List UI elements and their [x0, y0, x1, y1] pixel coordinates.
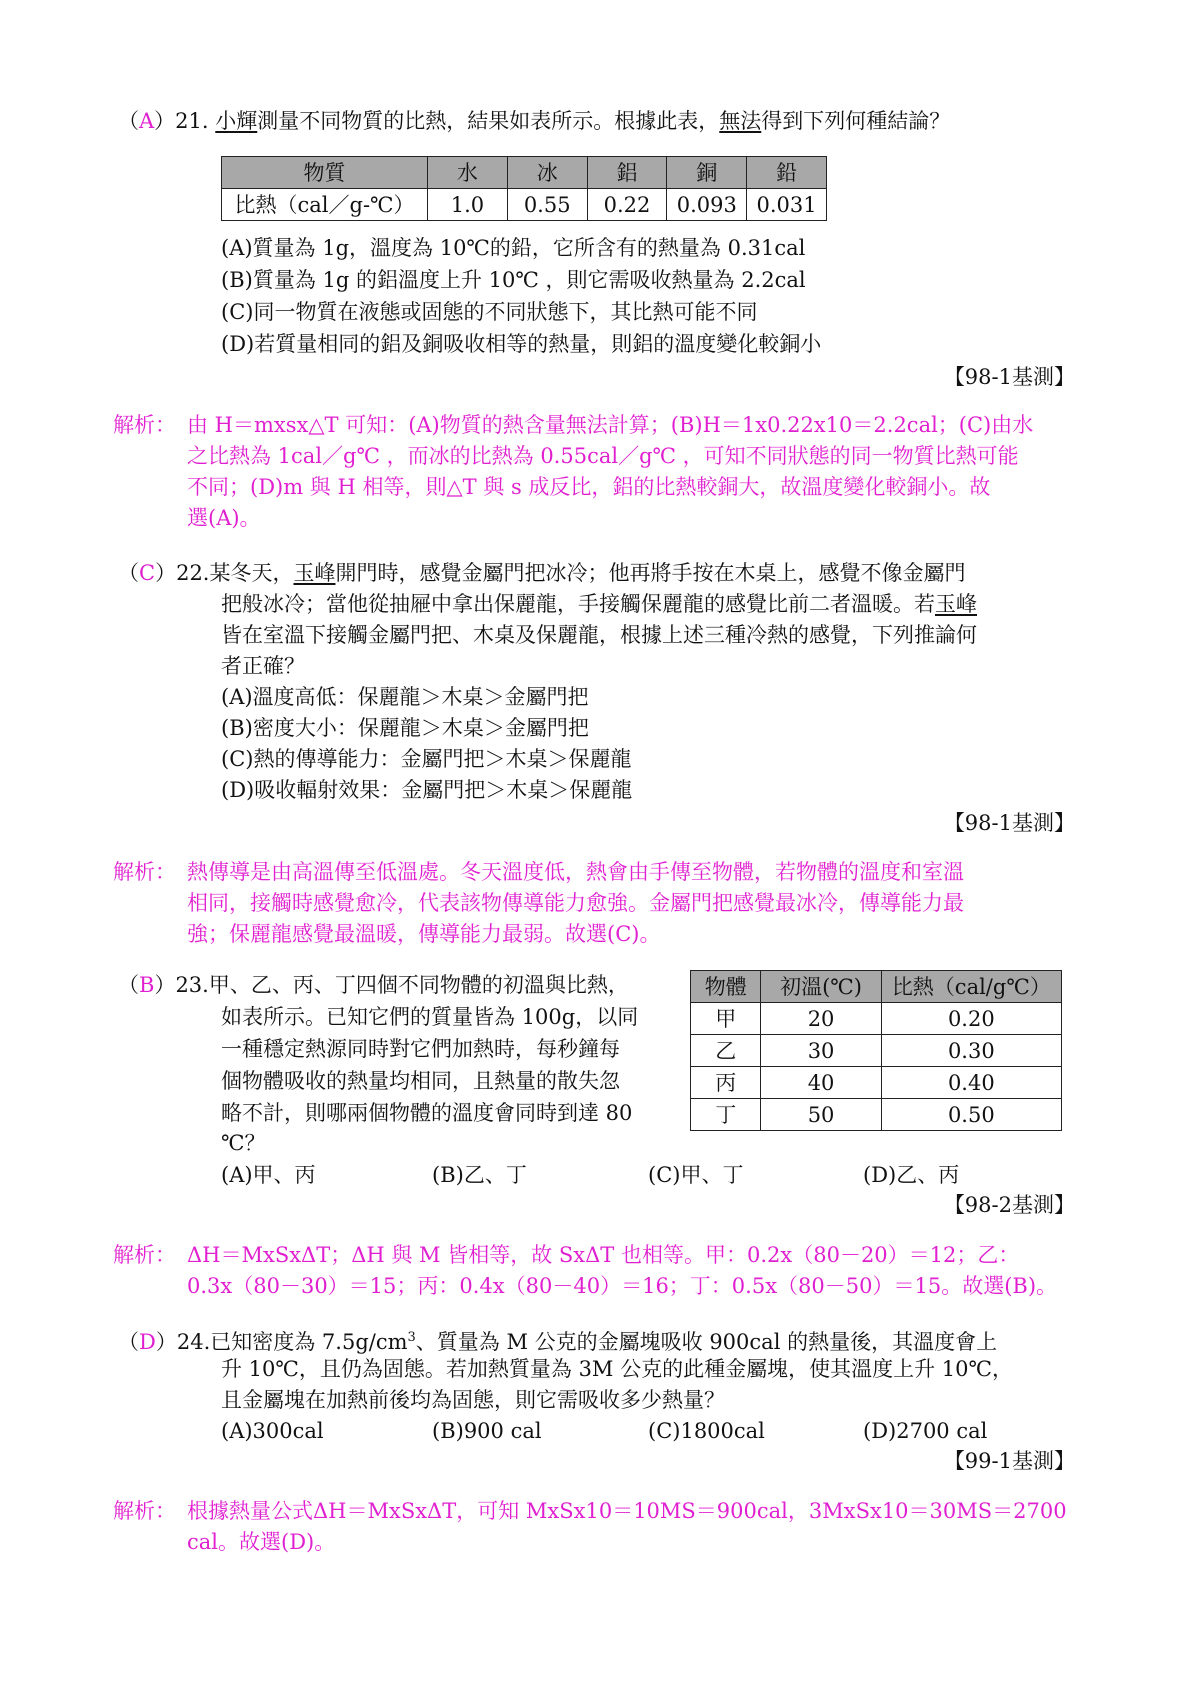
- objects-table: 物體 初溫(℃) 比熱（cal/g℃） 甲 20 0.20 乙 30 0.30 …: [690, 970, 1062, 1131]
- table-row: 丁 50 0.50: [691, 1099, 1062, 1131]
- table-cell: 丙: [691, 1067, 761, 1099]
- table-cell: 甲: [691, 1003, 761, 1035]
- analysis-line: 0.3x（80－30）＝15；丙：0.4x（80－40）＝16；丁：0.5x（8…: [187, 1271, 1057, 1301]
- person-name: 玉峰: [293, 561, 335, 585]
- stem-text: 、質量為 M 公克的金屬塊吸收 900cal 的熱量後，其溫度會上: [416, 1330, 997, 1354]
- stem-line: ℃？: [221, 1128, 266, 1158]
- option-d: (D)2700 cal: [863, 1416, 987, 1446]
- emphasis-negation: 無法: [719, 109, 761, 133]
- analysis-line: cal。故選(D)。: [187, 1527, 335, 1557]
- analysis-line: 選(A)。: [187, 503, 261, 533]
- option-b: (B)乙、丁: [432, 1160, 527, 1190]
- answer-paren-open: （: [118, 973, 139, 997]
- analysis-line: 由 H＝mxsx△T 可知：(A)物質的熱含量無法計算；(B)H＝1x0.22x…: [187, 410, 1033, 440]
- table-cell: 0.20: [881, 1003, 1061, 1035]
- option-c: (C)同一物質在液態或固態的不同狀態下，其比熱可能不同: [221, 297, 757, 327]
- stem-line: 個物體吸收的熱量均相同，且熱量的散失忽: [221, 1066, 620, 1096]
- exam-source: 【98-1基測】: [944, 362, 1075, 392]
- table-cell: 0.40: [881, 1067, 1061, 1099]
- option-a: (A)溫度高低：保麗龍＞木桌＞金屬門把: [221, 682, 589, 712]
- option-a: (A)300cal: [221, 1416, 324, 1446]
- table-cell: 40: [761, 1067, 881, 1099]
- option-c: (C)甲、丁: [648, 1160, 743, 1190]
- superscript: 3: [408, 1330, 416, 1345]
- option-b: (B)密度大小：保麗龍＞木桌＞金屬門把: [221, 713, 589, 743]
- stem-text: 甲、乙、丙、丁四個不同物體的初溫與比熱，: [209, 973, 629, 997]
- answer-letter: D: [139, 1330, 156, 1354]
- analysis-line: 不同；(D)m 與 H 相等，則△T 與 s 成反比，鋁的比熱較銅大，故溫度變化…: [187, 472, 990, 502]
- stem-line: 者正確？: [221, 651, 305, 681]
- question-22-stem: （C）22.某冬天，玉峰開門時，感覺金屬門把冰冷；他再將手按在木桌上，感覺不像金…: [118, 558, 965, 588]
- analysis-line: 相同，接觸時感覺愈冷，代表該物傳導能力愈強。金屬門把感覺最冰冷，傳導能力最: [187, 888, 964, 918]
- stem-text: 把般冰冷；當他從抽屜中拿出保麗龍，手接觸保麗龍的感覺比前二者溫暖。若: [221, 592, 935, 616]
- option-d: (D)乙、丙: [863, 1160, 959, 1190]
- option-a: (A)甲、丙: [221, 1160, 316, 1190]
- table-header-cell: 初溫(℃): [761, 971, 881, 1003]
- analysis-line: 熱傳導是由高溫傳至低溫處。冬天溫度低，熱會由手傳至物體，若物體的溫度和室溫: [187, 857, 964, 887]
- stem-line: 把般冰冷；當他從抽屜中拿出保麗龍，手接觸保麗龍的感覺比前二者溫暖。若玉峰: [221, 589, 977, 619]
- exam-source: 【98-1基測】: [944, 808, 1075, 838]
- answer-letter: C: [139, 561, 155, 585]
- table-header-cell: 物體: [691, 971, 761, 1003]
- question-21-stem: （A）21. 小輝測量不同物質的比熱，結果如表所示。根據此表，無法得到下列何種結…: [118, 106, 950, 136]
- table-header-cell: 鉛: [747, 157, 827, 189]
- stem-text: 測量不同物質的比熱，結果如表所示。根據此表，: [257, 109, 719, 133]
- table-cell: 0.031: [747, 189, 827, 221]
- analysis-line: 強；保麗龍感覺最溫暖，傳導能力最弱。故選(C)。: [187, 919, 660, 949]
- stem-line: 一種穩定熱源同時對它們加熱時，每秒鐘每: [221, 1034, 620, 1064]
- analysis-label: 解析：: [113, 410, 176, 440]
- table-cell: 1.0: [428, 189, 508, 221]
- table-cell: 乙: [691, 1035, 761, 1067]
- stem-line: 略不計，則哪兩個物體的溫度會同時到達 80: [221, 1098, 632, 1128]
- table-header-cell: 水: [428, 157, 508, 189]
- analysis-line: ΔH＝MxSxΔT；ΔH 與 M 皆相等，故 SxΔT 也相等。甲：0.2x（8…: [187, 1240, 1019, 1270]
- stem-text: 開門時，感覺金屬門把冰冷；他再將手按在木桌上，感覺不像金屬門: [335, 561, 965, 585]
- analysis-line: 根據熱量公式ΔH＝MxSxΔT，可知 MxSx10＝10MS＝900cal，3M…: [187, 1496, 1067, 1526]
- answer-paren-open: （: [118, 109, 139, 133]
- answer-paren-close: ）: [156, 1330, 177, 1354]
- table-row: 丙 40 0.40: [691, 1067, 1062, 1099]
- answer-paren-close: ）: [154, 109, 175, 133]
- question-number: 21.: [175, 109, 208, 133]
- answer-paren-open: （: [118, 1330, 139, 1354]
- option-a: (A)質量為 1g，溫度為 10℃的鉛，它所含有的熱量為 0.31cal: [221, 233, 805, 263]
- stem-line: 如表所示。已知它們的質量皆為 100g，以同: [221, 1002, 638, 1032]
- table-row: 甲 20 0.20: [691, 1003, 1062, 1035]
- answer-letter: B: [139, 973, 154, 997]
- table-header-cell: 鋁: [587, 157, 667, 189]
- table-cell: 比熱（cal／g-℃）: [222, 189, 428, 221]
- stem-line: 升 10℃，且仍為固態。若加熱質量為 3M 公克的此種金屬塊，使其溫度上升 10…: [221, 1354, 1013, 1384]
- table-header-cell: 冰: [507, 157, 587, 189]
- specific-heat-table: 物質 水 冰 鋁 銅 鉛 比熱（cal／g-℃） 1.0 0.55 0.22 0…: [221, 156, 827, 221]
- analysis-label: 解析：: [113, 1240, 176, 1270]
- answer-letter: A: [139, 109, 154, 133]
- person-name: 玉峰: [935, 592, 977, 616]
- table-cell: 50: [761, 1099, 881, 1131]
- question-number: 24.: [177, 1330, 210, 1354]
- stem-line: 皆在室溫下接觸金屬門把、木桌及保麗龍，根據上述三種冷熱的感覺，下列推論何: [221, 620, 977, 650]
- answer-paren-open: （: [118, 561, 139, 585]
- question-24-stem: （D）24.已知密度為 7.5g/cm3、質量為 M 公克的金屬塊吸收 900c…: [118, 1323, 997, 1357]
- table-cell: 0.30: [881, 1035, 1061, 1067]
- analysis-label: 解析：: [113, 1496, 176, 1526]
- question-number: 23.: [175, 973, 208, 997]
- stem-line: 且金屬塊在加熱前後均為固態，則它需吸收多少熱量？: [221, 1385, 725, 1415]
- person-name: 小輝: [215, 109, 257, 133]
- table-header-cell: 銅: [667, 157, 747, 189]
- analysis-label: 解析：: [113, 857, 176, 887]
- table-cell: 0.093: [667, 189, 747, 221]
- option-c: (C)熱的傳導能力：金屬門把＞木桌＞保麗龍: [221, 744, 631, 774]
- table-header-cell: 比熱（cal/g℃）: [881, 971, 1061, 1003]
- stem-text: 得到下列何種結論？: [761, 109, 950, 133]
- table-header-cell: 物質: [222, 157, 428, 189]
- exam-source: 【99-1基測】: [944, 1446, 1075, 1476]
- option-b: (B)900 cal: [432, 1416, 542, 1446]
- option-c: (C)1800cal: [648, 1416, 765, 1446]
- stem-text: 某冬天，: [209, 561, 293, 585]
- analysis-line: 之比熱為 1cal／g℃ ，而冰的比熱為 0.55cal／g℃ ，可知不同狀態的…: [187, 441, 1019, 471]
- table-cell: 丁: [691, 1099, 761, 1131]
- table-cell: 0.55: [507, 189, 587, 221]
- table-cell: 0.22: [587, 189, 667, 221]
- answer-paren-close: ）: [155, 561, 176, 585]
- answer-paren-close: ）: [154, 973, 175, 997]
- table-cell: 30: [761, 1035, 881, 1067]
- option-d: (D)吸收輻射效果：金屬門把＞木桌＞保麗龍: [221, 775, 632, 805]
- question-number: 22.: [176, 561, 209, 585]
- table-cell: 0.50: [881, 1099, 1061, 1131]
- stem-text: 已知密度為 7.5g/cm: [210, 1330, 407, 1354]
- exam-source: 【98-2基測】: [944, 1190, 1075, 1220]
- option-b: (B)質量為 1g 的鋁溫度上升 10℃ ，則它需吸收熱量為 2.2cal: [221, 265, 806, 295]
- option-d: (D)若質量相同的鋁及銅吸收相等的熱量，則鋁的溫度變化較銅小: [221, 329, 821, 359]
- table-row: 乙 30 0.30: [691, 1035, 1062, 1067]
- table-cell: 20: [761, 1003, 881, 1035]
- question-23-stem: （B）23.甲、乙、丙、丁四個不同物體的初溫與比熱，: [118, 970, 629, 1000]
